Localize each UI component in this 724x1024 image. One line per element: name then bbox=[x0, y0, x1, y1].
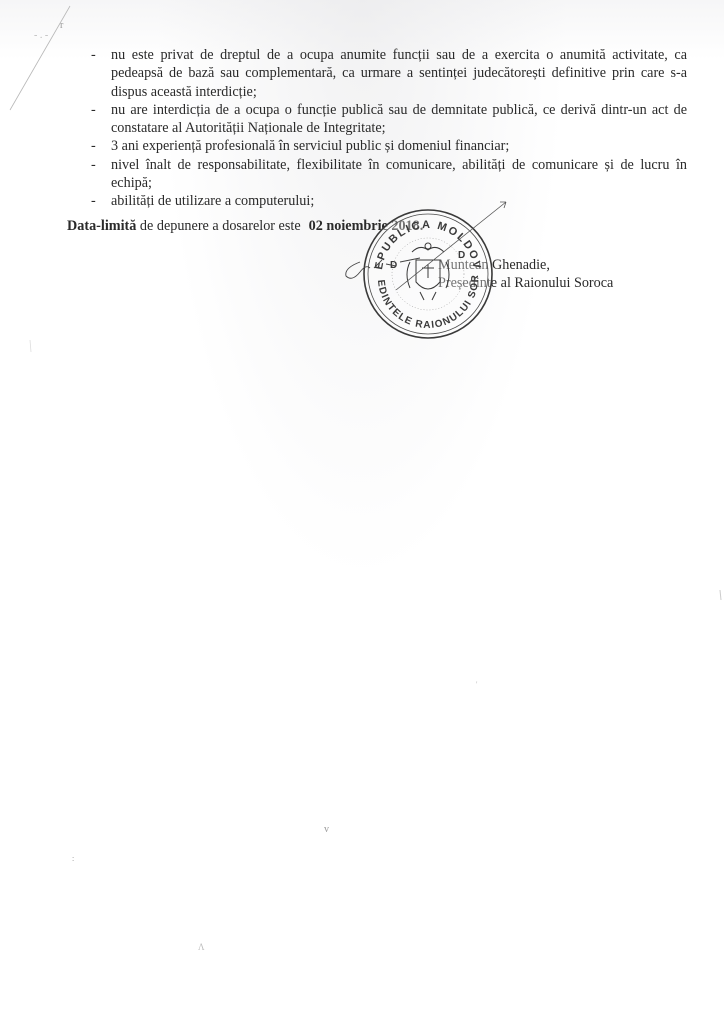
svg-text:- . -: - . - bbox=[34, 30, 48, 41]
scan-speck: : bbox=[72, 854, 74, 863]
deadline-label: Data-limită bbox=[67, 218, 136, 234]
deadline-label-rest: de depunere a dosarelor este bbox=[136, 218, 300, 234]
requirement-text: nivel înalt de responsabilitate, flexibi… bbox=[111, 157, 687, 191]
requirement-text: 3 ani experiență profesională în servici… bbox=[111, 138, 509, 154]
requirement-text: nu are interdicția de a ocupa o funcție … bbox=[111, 102, 687, 136]
scanned-page: r - . - - nu este privat de dreptul de a… bbox=[0, 0, 724, 1024]
svg-text:r: r bbox=[60, 20, 64, 31]
requirements-list: - nu este privat de dreptul de a ocupa a… bbox=[87, 46, 687, 211]
requirement-item: - nu are interdicția de a ocupa o funcți… bbox=[87, 101, 687, 138]
list-dash: - bbox=[91, 46, 96, 64]
requirement-text: nu este privat de dreptul de a ocupa anu… bbox=[111, 47, 687, 100]
list-dash: - bbox=[91, 137, 96, 155]
scan-speck: ' bbox=[476, 680, 477, 689]
scan-speck: v bbox=[324, 824, 329, 835]
list-dash: - bbox=[91, 156, 96, 174]
list-dash: - bbox=[91, 101, 96, 119]
requirement-item: - nivel înalt de responsabilitate, flexi… bbox=[87, 156, 687, 193]
scan-speck: Λ bbox=[198, 942, 205, 952]
list-dash: - bbox=[91, 192, 96, 210]
requirement-text: abilități de utilizare a computerului; bbox=[111, 193, 314, 209]
handwritten-signature-icon bbox=[330, 190, 520, 290]
requirement-item: - 3 ani experiență profesională în servi… bbox=[87, 137, 687, 155]
requirement-item: - nu este privat de dreptul de a ocupa a… bbox=[87, 46, 687, 101]
